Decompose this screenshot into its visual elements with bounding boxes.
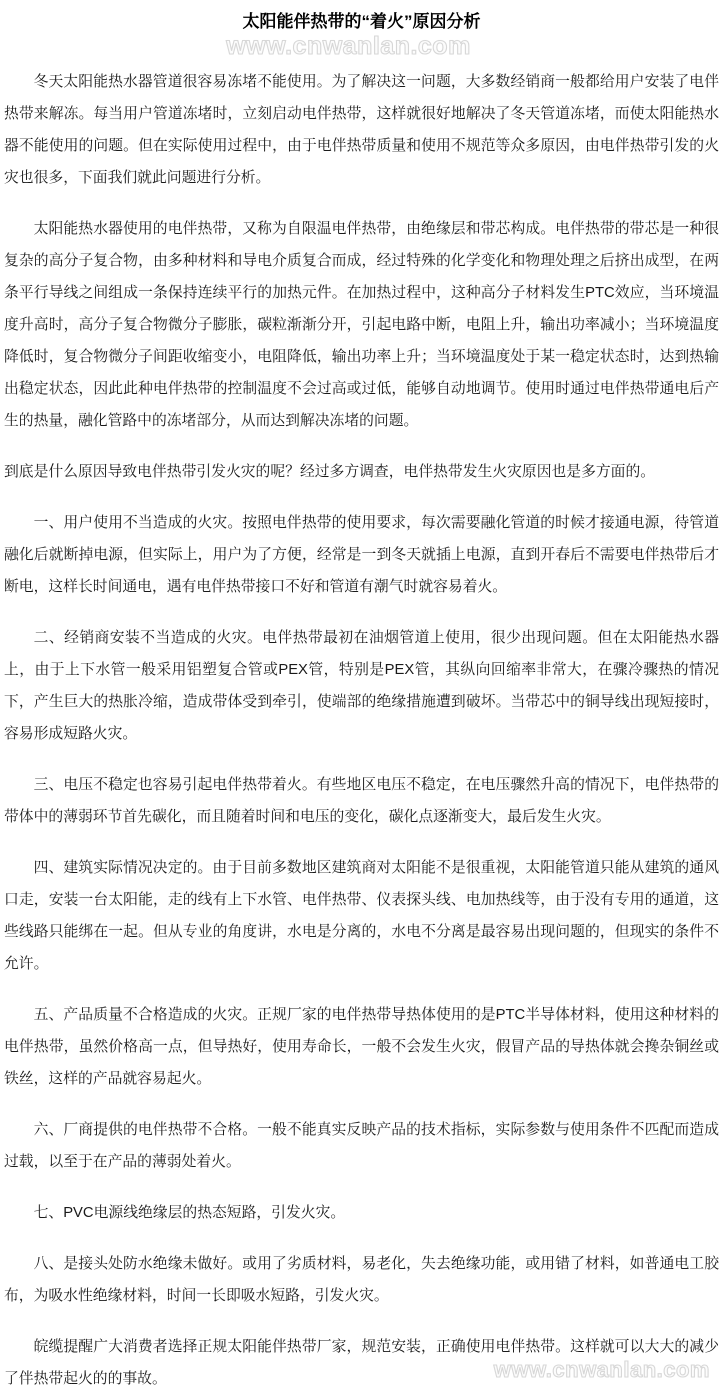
paragraph-cause-8: 八、是接头处防水绝缘未做好。或用了劣质材料，易老化，失去绝缘功能，或用错了材料，…: [4, 1248, 719, 1312]
paragraph-cause-3: 三、电压不稳定也容易引起电伴热带着火。有些地区电压不稳定，在电压骤然升高的情况下…: [4, 769, 719, 833]
paragraph-cause-2: 二、经销商安装不当造成的火灾。电伴热带最初在油烟管道上使用，很少出现问题。但在太…: [4, 622, 719, 750]
paragraph-cause-7: 七、PVC电源线绝缘层的热态短路，引发火灾。: [4, 1197, 719, 1229]
paragraph-heating-cable-description: 太阳能热水器使用的电伴热带，又称为自限温电伴热带，由绝缘层和带芯构成。电伴热带的…: [4, 213, 719, 437]
paragraph-question: 到底是什么原因导致电伴热带引发火灾的呢？经过多方调查，电伴热带发生火灾原因也是多…: [4, 456, 719, 488]
paragraph-cause-4: 四、建筑实际情况决定的。由于目前多数地区建筑商对太阳能不是很重视，太阳能管道只能…: [4, 852, 719, 980]
page-title: 太阳能伴热带的“着火”原因分析: [4, 10, 719, 33]
watermark-top: www.cnwanlan.com: [226, 33, 471, 59]
watermark-top-row: www.cnwanlan.com: [4, 33, 719, 59]
paragraph-cause-1: 一、用户使用不当造成的火灾。按照电伴热带的使用要求，每次需要融化管道的时候才接通…: [4, 507, 719, 603]
watermark-bottom-row: www.cnwanlan.com: [494, 1357, 710, 1383]
document: 太阳能伴热带的“着火”原因分析 www.cnwanlan.com 冬天太阳能热水…: [0, 0, 723, 1392]
paragraph-cause-6: 六、厂商提供的电伴热带不合格。一般不能真实反映产品的技术指标，实际参数与使用条件…: [4, 1114, 719, 1178]
watermark-bottom: www.cnwanlan.com: [494, 1357, 710, 1383]
paragraph-intro: 冬天太阳能热水器管道很容易冻堵不能使用。为了解决这一问题，大多数经销商一般都给用…: [4, 66, 719, 194]
paragraph-cause-5: 五、产品质量不合格造成的火灾。正规厂家的电伴热带导热体使用的是PTC半导体材料，…: [4, 999, 719, 1095]
